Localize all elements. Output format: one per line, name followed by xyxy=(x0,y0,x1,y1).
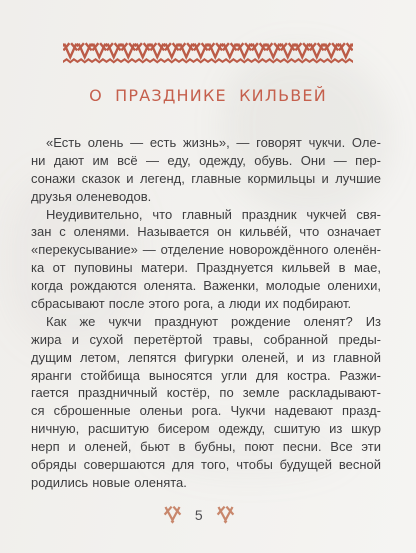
text-line: когда рождаются оленята. Важенки, молоды… xyxy=(31,277,381,295)
text-line: дущим летом, лепятся фигурки оленей, и и… xyxy=(31,349,381,367)
text-line: жира и сухой перетёртой травы, собранной… xyxy=(31,331,381,349)
text-line: ся сброшенные оленьи рога. Чукчи надеваю… xyxy=(31,402,381,420)
text-line: Как же чукчи празднуют рождение оленят? … xyxy=(31,313,381,331)
text-line: Неудивительно, что главный праздник чукч… xyxy=(31,206,381,224)
cross-stitch-border xyxy=(63,41,353,64)
text-line: зан с оленями. Называется он кильве́й, ч… xyxy=(31,223,381,241)
body-text: «Есть олень — есть жизнь», — говорят чук… xyxy=(31,134,381,492)
book-page: О ПРАЗДНИКЕ КИЛЬВЕЙ «Есть олень — есть ж… xyxy=(0,0,416,553)
page-title: О ПРАЗДНИКЕ КИЛЬВЕЙ xyxy=(0,86,416,105)
text-line: нерп и оленей, бьют в бубны, поют песни.… xyxy=(31,438,381,456)
text-line: «перекусывание» — отделение новорождённо… xyxy=(31,241,381,259)
text-line: ка от пуповины матери. Празднуется кильв… xyxy=(31,259,381,277)
page-number: 5 xyxy=(195,506,203,524)
text-line: друзья оленеводов. xyxy=(31,188,381,206)
text-line: яранги стойбища выносятся угли для костр… xyxy=(31,367,381,385)
text-line: сонажи сказок и легенд, главные кормильц… xyxy=(31,170,381,188)
text-line: ни дают им всё — еду, одежду, обувь. Они… xyxy=(31,152,381,170)
antler-icon xyxy=(216,505,235,524)
text-line: родились новые оленята. xyxy=(31,474,381,492)
page-footer: 5 xyxy=(0,505,398,524)
text-line: гается праздничный костёр, по земле раск… xyxy=(31,384,381,402)
text-line: «Есть олень — есть жизнь», — говорят чук… xyxy=(31,134,381,152)
text-line: сбрасывают после этого рога, а люди их п… xyxy=(31,295,381,313)
antler-icon xyxy=(163,505,182,524)
text-line: ничную, расшитую бисером одежду, сшитую … xyxy=(31,420,381,438)
text-line: обряды совершаются для того, чтобы будущ… xyxy=(31,456,381,474)
